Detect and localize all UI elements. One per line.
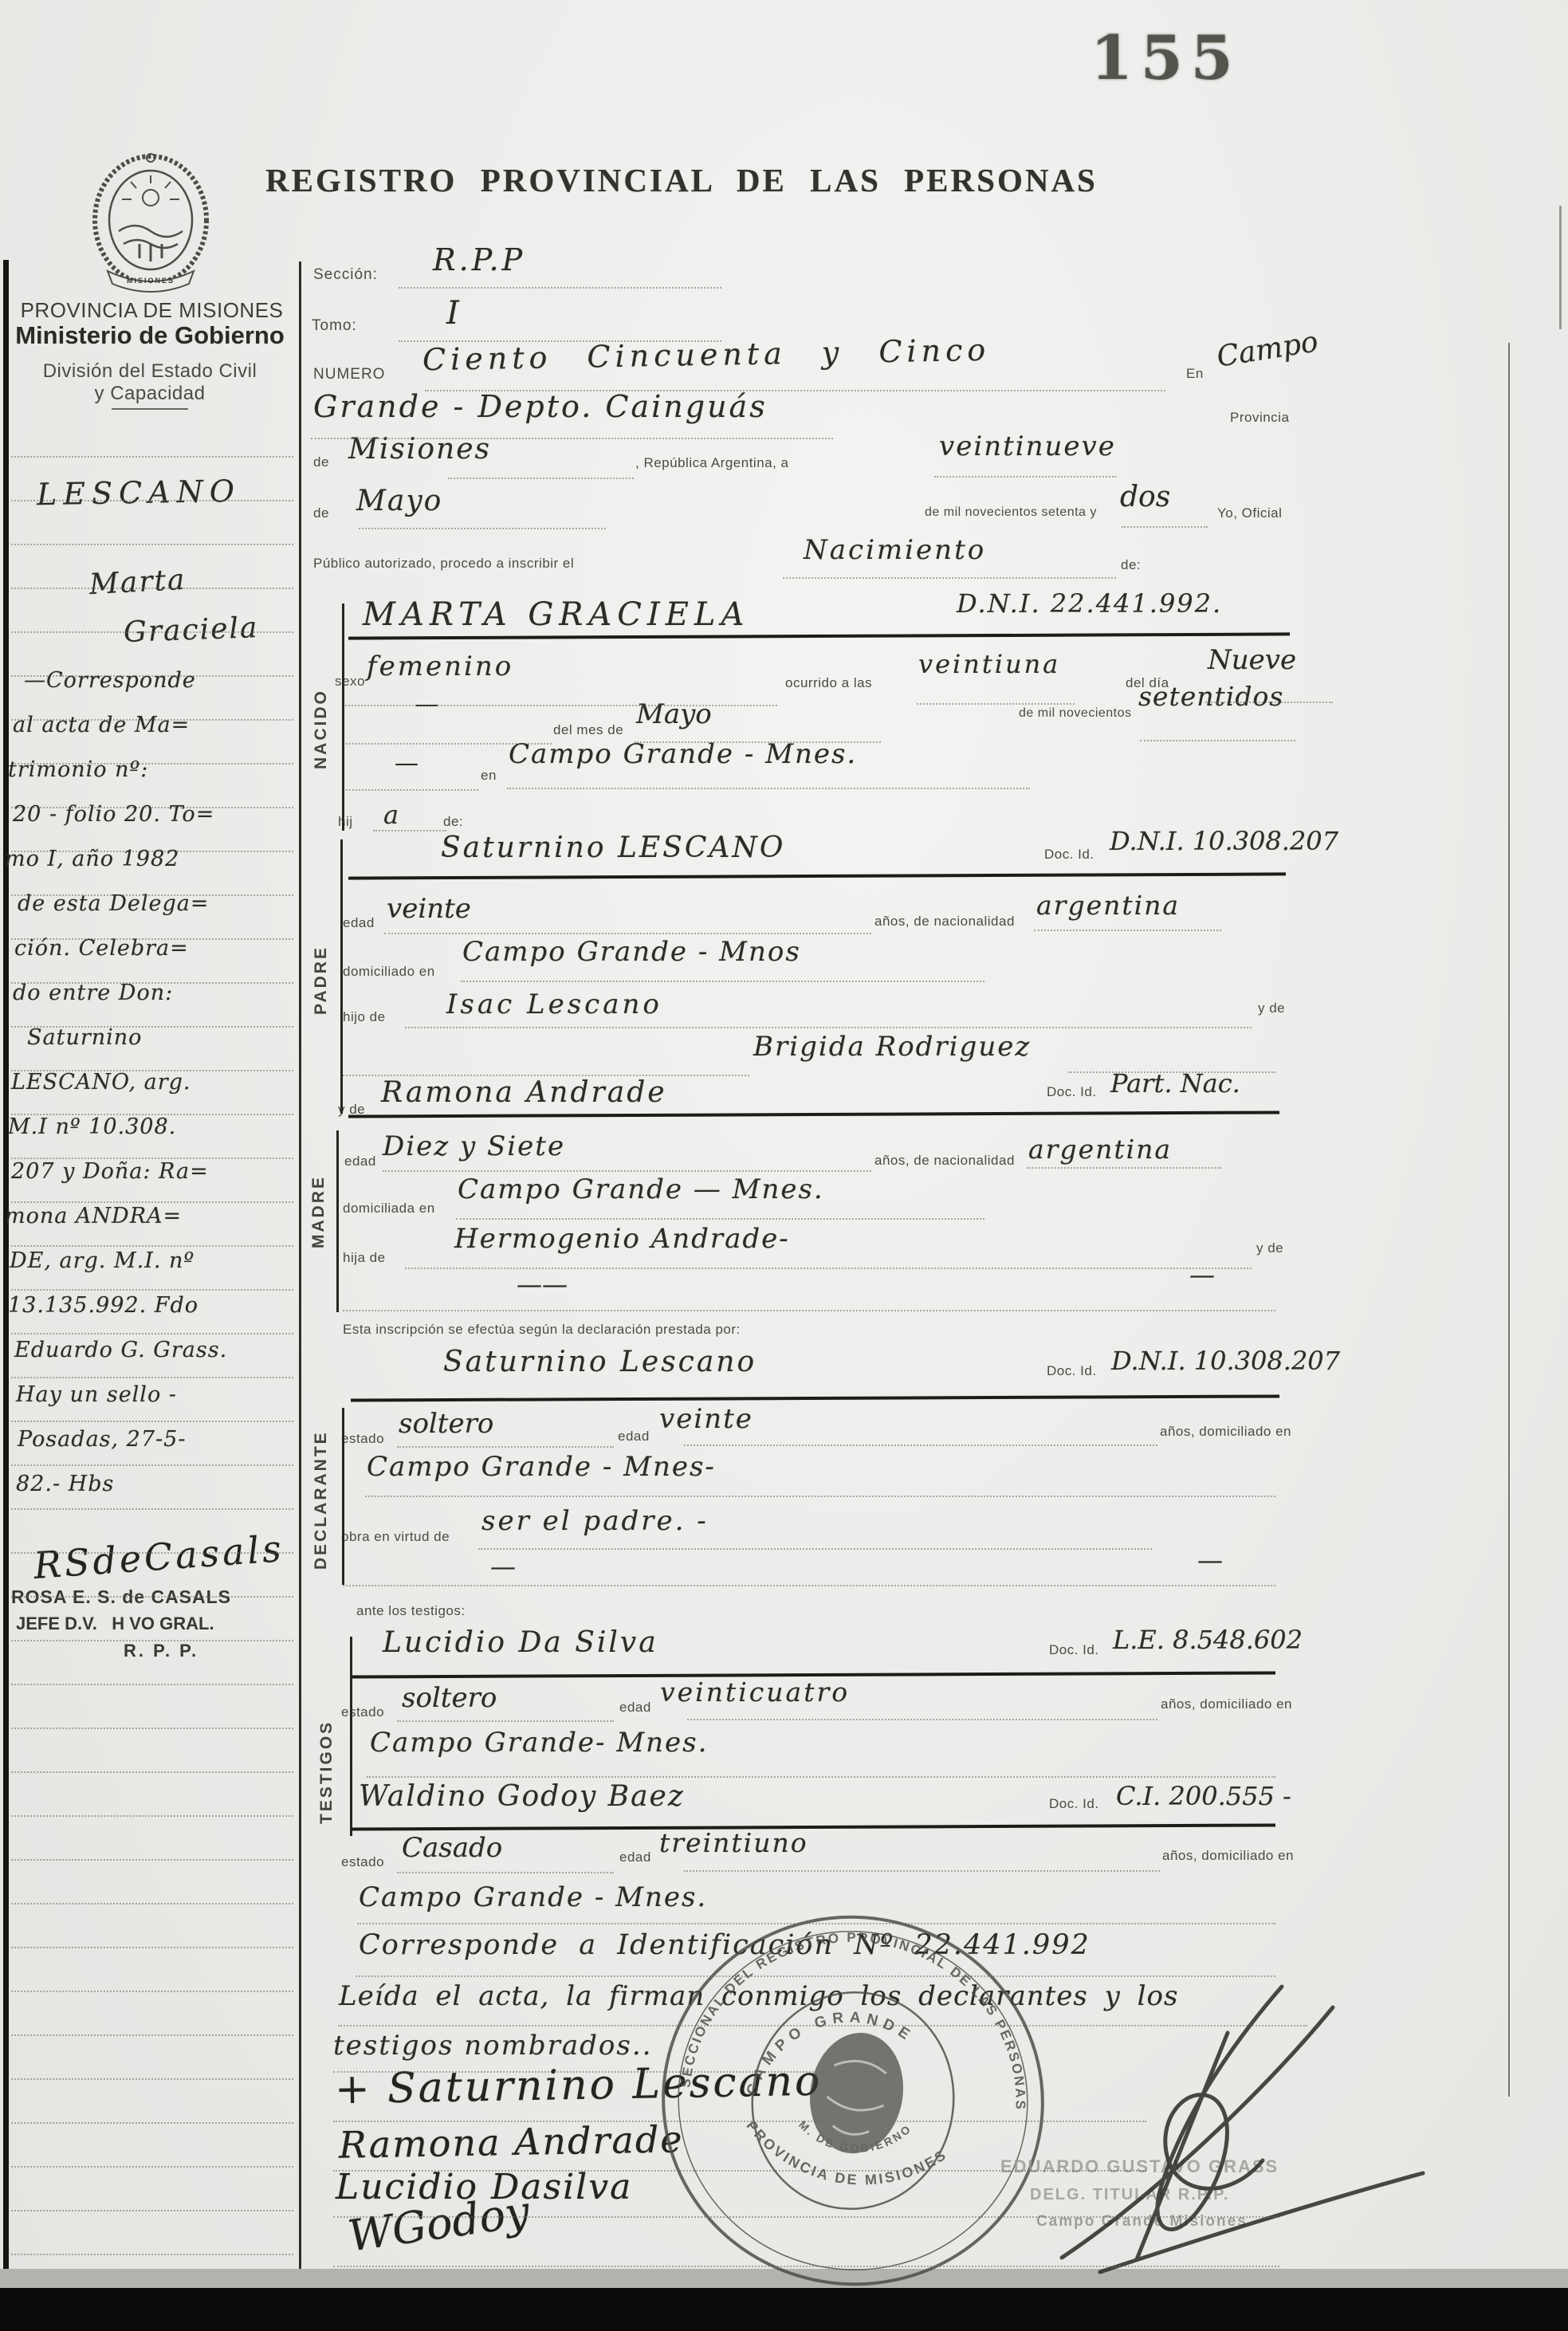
dash-mark: — <box>490 1551 516 1582</box>
dash-mark: — <box>1189 1260 1215 1290</box>
scanned-birth-certificate: 155 REGISTRO PROVINCIAL DE LAS PERSONAS … <box>0 0 1568 2331</box>
sidebar-rule <box>11 1333 293 1335</box>
section-label-testigos: TESTIGOS <box>317 1682 336 1861</box>
sidebar-rule <box>11 588 293 589</box>
form-rule <box>1068 1071 1275 1073</box>
margin-note-line: Saturnino <box>27 1025 142 1050</box>
padre-edad-label: edad <box>343 915 375 931</box>
declarante-intro: Esta inscripción se efectúa según la dec… <box>343 1322 741 1338</box>
sidebar-rule <box>11 1245 293 1247</box>
form-rule <box>343 1075 749 1076</box>
margin-note-line: Hay un sello - <box>16 1382 177 1407</box>
declarante-dom-value: Campo Grande - Mnes- <box>367 1451 716 1483</box>
margin-note-line: DE, arg. M.I. nº <box>10 1248 195 1273</box>
form-rule <box>338 2025 1307 2026</box>
nacido-en-label: en <box>481 768 497 784</box>
section-vertical-rule <box>342 603 344 831</box>
madre-nacionalidad-value: argentina <box>1028 1134 1172 1165</box>
official-signature <box>988 1937 1451 2292</box>
doc-id-label: Doc. Id. <box>1047 1363 1097 1379</box>
sexo-label: sexo <box>335 674 365 690</box>
form-rule <box>311 438 833 439</box>
sexo-value: femenino <box>367 651 513 682</box>
testigo1-name: Lucidio Da Silva <box>383 1626 658 1659</box>
form-rule <box>934 476 1116 478</box>
form-rule <box>343 705 777 706</box>
margin-note-line: Eduardo G. Grass. <box>14 1338 227 1362</box>
page-title: REGISTRO PROVINCIAL DE LAS PERSONAS <box>265 161 1063 199</box>
padre-dom-label: domiciliado en <box>343 964 435 980</box>
emblem-ribbon-text: MISIONES <box>127 277 175 285</box>
obra-value: ser el padre. - <box>481 1505 709 1537</box>
section-label-padre: PADRE <box>312 917 331 1044</box>
testigo1-estado-label: estado <box>341 1704 384 1720</box>
nacido-dia-value: Nueve <box>1208 644 1296 676</box>
sidebar-ministry: Ministerio de Gobierno <box>6 321 293 350</box>
form-rule <box>343 1310 1275 1311</box>
coat-of-arms-icon: MISIONES <box>84 151 218 295</box>
en-value: Campo <box>1215 325 1321 373</box>
section-vertical-rule <box>340 839 343 1114</box>
sidebar-rule <box>11 1464 293 1466</box>
testigo1-dom-label: años, domiciliado en <box>1161 1696 1292 1712</box>
form-rule <box>399 340 721 342</box>
sidebar-rule <box>11 544 293 545</box>
de-label-2: de <box>313 505 329 521</box>
form-rule <box>684 1445 1157 1446</box>
sidebar-divider-rule <box>112 408 188 410</box>
scan-edge-mark <box>1559 206 1562 329</box>
ocurrido-label: ocurrido a las <box>785 675 872 691</box>
hij-label: hij <box>338 814 353 830</box>
padre-y-de-label: y de <box>1258 1000 1285 1016</box>
section-separator <box>348 1110 1279 1118</box>
margin-note-line: mo I, año 1982 <box>5 847 179 871</box>
form-rule <box>917 703 1075 705</box>
form-rule <box>384 933 871 934</box>
sidebar-rule <box>11 1596 293 1598</box>
sidebar-rule <box>11 456 293 458</box>
form-rule <box>1140 740 1295 741</box>
form-rule <box>507 788 1030 789</box>
declarante-doc-value: D.N.I. 10.308.207 <box>1111 1346 1340 1376</box>
form-rule <box>461 981 984 982</box>
sidebar-rule <box>11 1552 293 1554</box>
de-label-3: de: <box>1121 557 1141 573</box>
margin-surname: LESCANO <box>37 474 242 512</box>
section-vertical-rule <box>336 1130 339 1312</box>
sidebar-rule <box>11 1377 293 1378</box>
sidebar-rule <box>11 2166 293 2168</box>
seccion-value: R.P.P <box>433 242 525 277</box>
section-vertical-rule <box>350 1637 352 1836</box>
nacido-padre-doc: D.N.I. 10.308.207 <box>1110 826 1338 856</box>
de-label-1: de <box>313 454 329 470</box>
testigo2-doc: C.I. 200.555 - <box>1116 1781 1291 1811</box>
sidebar-rule <box>11 2254 293 2255</box>
testigo1-estado-value: soltero <box>402 1682 497 1714</box>
margin-note-line: 82.- Hbs <box>16 1472 114 1496</box>
madre-dom-label: domiciliada en <box>343 1201 435 1217</box>
testigo1-edad-label: edad <box>619 1700 651 1716</box>
numero-value-line2: Grande - Depto. Cainguás <box>313 389 768 424</box>
section-label-madre: MADRE <box>309 1148 328 1276</box>
madre-abuelo-value: Hermogenio Andrade- <box>454 1223 790 1255</box>
hija-de-label: hija de <box>343 1250 386 1266</box>
testigo2-estado-value: Casado <box>402 1832 502 1864</box>
form-rule <box>448 478 634 479</box>
form-rule <box>399 287 721 289</box>
form-rule <box>343 1585 1275 1586</box>
margin-note-line: al acta de Ma= <box>13 713 190 737</box>
margin-note-line: LESCANO, arg. <box>11 1070 191 1095</box>
doc-id-label: Doc. Id. <box>1049 1796 1099 1812</box>
doc-id-label: Doc. Id. <box>1047 1084 1097 1100</box>
declarante-edad-label: edad <box>618 1429 650 1445</box>
testigo2-dom-label: años, domiciliado en <box>1162 1848 1294 1864</box>
form-rule <box>783 577 1116 579</box>
margin-note-line: de esta Delega= <box>18 891 209 916</box>
provincia-label: Provincia <box>1230 410 1289 426</box>
margin-note-line: 13.135.992. Fdo <box>8 1293 198 1318</box>
section-vertical-rule <box>342 1408 344 1585</box>
sidebar-rule <box>11 1947 293 1948</box>
mes-label: del mes de <box>553 722 623 738</box>
en-label: En <box>1186 366 1204 382</box>
madre-edad-value: Diez y Siete <box>383 1130 565 1162</box>
sidebar-rule <box>11 1201 293 1203</box>
sidebar-rule <box>11 1815 293 1817</box>
numero-label: NUMERO <box>313 366 385 383</box>
hij-de-label: de: <box>443 814 463 830</box>
numero-value: Ciento Cincuenta y Cinco <box>422 332 991 377</box>
hijo-de-label: hijo de <box>343 1009 386 1025</box>
siglo-label: de mil novecientos <box>1019 706 1132 721</box>
form-rule <box>357 1923 1275 1924</box>
nacido-anio-value: setentidos <box>1138 681 1283 712</box>
margin-note-line: 20 - folio 20. To= <box>13 802 214 827</box>
margin-given-name-1: Marta <box>88 564 187 601</box>
yo-oficial-label: Yo, Oficial <box>1217 505 1282 521</box>
declarante-dom-label: años, domiciliado en <box>1160 1424 1291 1440</box>
testigo1-edad-value: veinticuatro <box>660 1677 850 1708</box>
coat-of-arms: MISIONES <box>84 151 218 299</box>
form-rule <box>1034 930 1221 931</box>
sidebar-division-2: y Capacidad <box>10 383 290 405</box>
sidebar-rule <box>11 1640 293 1641</box>
sidebar-rule <box>11 2034 293 2036</box>
form-rule <box>397 1720 614 1722</box>
declarante-edad-value: veinte <box>659 1403 753 1435</box>
dash-mark: — <box>1197 1545 1223 1575</box>
sidebar-province: PROVINCIA DE MISIONES <box>14 298 289 323</box>
sidebar-rule <box>11 1508 293 1510</box>
margin-note-line: ción. Celebra= <box>14 936 189 961</box>
nacido-name: MARTA GRACIELA <box>363 596 749 633</box>
form-rule <box>1122 526 1208 528</box>
sidebar-form-divider <box>299 261 301 2302</box>
form-rule <box>356 1975 1275 1977</box>
padre-nacionalidad-value: argentina <box>1036 890 1180 921</box>
sidebar-rule <box>11 2078 293 2080</box>
testigo1-dom-value: Campo Grande- Mnes. <box>370 1727 708 1759</box>
nacido-mes-value: Mayo <box>636 698 712 730</box>
sidebar-rule <box>11 1859 293 1861</box>
padre-abuela-value: Brigida Rodriguez <box>753 1031 1031 1063</box>
form-rule <box>333 2121 1146 2122</box>
doc-id-label: Doc. Id. <box>1044 847 1094 863</box>
testigo2-name: Waldino Godoy Baez <box>359 1780 685 1813</box>
hij-value: a <box>383 800 399 830</box>
form-rule <box>478 1548 1152 1550</box>
section-label-declarante: DECLARANTE <box>312 1405 331 1596</box>
form-rule <box>684 1870 1160 1872</box>
testigo2-edad-label: edad <box>619 1849 651 1865</box>
padre-abuelo-value: Isac Lescano <box>446 989 662 1020</box>
padre-nacionalidad-label: años, de nacionalidad <box>874 914 1015 930</box>
testigo2-estado-label: estado <box>341 1854 384 1870</box>
form-rule <box>405 1027 1252 1028</box>
section-separator <box>351 1394 1279 1401</box>
declarante-name: Saturnino Lescano <box>443 1346 756 1378</box>
form-rule <box>456 1218 984 1220</box>
signature-madre: Ramona Andrade <box>339 2117 684 2167</box>
form-rule <box>425 390 1165 391</box>
mes-value: Mayo <box>356 485 442 517</box>
form-rule <box>333 2266 1279 2267</box>
sidebar-rule <box>11 500 293 501</box>
leida-line2: testigos nombrados.. <box>333 2030 652 2062</box>
form-rule <box>687 1719 1157 1720</box>
section-separator <box>348 872 1286 879</box>
sidebar-rule <box>11 1771 293 1773</box>
margin-note-line: trimonio nº: <box>8 757 148 782</box>
margin-note-line: —Corresponde <box>24 668 196 693</box>
nacido-dni: D.N.I. 22.441.992. <box>957 588 1222 619</box>
nacido-padre-name: Saturnino LESCANO <box>441 831 785 864</box>
madre-dom-value: Campo Grande — Mnes. <box>458 1173 824 1205</box>
margin-given-name-2: Graciela <box>123 611 259 649</box>
declarante-estado-value: soltero <box>399 1408 493 1440</box>
hora-value: veintiuna <box>918 649 1060 679</box>
sidebar-rule <box>11 2122 293 2124</box>
testigo2-edad-value: treintiuno <box>659 1827 808 1858</box>
sidebar-rule <box>11 1684 293 1685</box>
form-rule <box>635 741 881 743</box>
madre-name: Ramona Andrade <box>381 1076 667 1109</box>
obra-label: obra en virtud de <box>341 1529 450 1545</box>
doc-id-label: Doc. Id. <box>1049 1642 1099 1658</box>
margin-note-line: M.I nº 10.308. <box>8 1114 176 1139</box>
madre-edad-label: edad <box>344 1154 376 1169</box>
sidebar-rule <box>11 1421 293 1422</box>
page-number: 155 <box>1091 22 1241 93</box>
casals-signature: RSdeCasals <box>32 1527 285 1587</box>
lugar-value: Campo Grande - Mnes. <box>509 738 857 770</box>
padre-edad-value: veinte <box>387 893 471 925</box>
sidebar-rule <box>11 1728 293 1729</box>
form-rule <box>333 2170 1146 2172</box>
official-signature-icon <box>988 1937 1451 2288</box>
anio-value: dos <box>1120 481 1170 513</box>
dash-mark: —— <box>517 1269 568 1299</box>
madre-nacionalidad-label: años, de nacionalidad <box>874 1153 1015 1169</box>
form-rule <box>405 1268 1252 1269</box>
section-label-nacido: NACIDO <box>312 662 331 797</box>
form-rule <box>359 528 606 529</box>
dia-value: veintinueve <box>939 430 1116 462</box>
form-rule <box>365 1496 1275 1497</box>
form-rule <box>1205 702 1333 703</box>
form-rule <box>333 2216 1279 2218</box>
tomo-value: I <box>446 295 459 332</box>
form-rule <box>397 1872 614 1873</box>
seccion-label: Sección: <box>313 266 378 284</box>
casals-stamp-line3: R. P. P. <box>124 1641 198 1661</box>
form-rule <box>343 789 478 791</box>
testigos-intro: ante los testigos: <box>356 1603 466 1619</box>
margin-note-line: Posadas, 27-5- <box>18 1427 186 1452</box>
tomo-label: Tomo: <box>312 317 357 335</box>
sidebar-division-1: División del Estado Civil <box>10 360 290 383</box>
margin-note-line: 207 y Doña: Ra= <box>11 1159 209 1184</box>
anio-label: de mil novecientos setenta y <box>925 505 1097 520</box>
margin-note-line: do entre Don: <box>13 981 173 1005</box>
publico-label: Público autorizado, procedo a inscribir … <box>313 556 574 572</box>
form-rule <box>397 1446 614 1448</box>
section-separator <box>351 1823 1275 1830</box>
section-separator <box>348 632 1290 639</box>
form-rule <box>373 830 446 831</box>
form-rule <box>1027 1167 1221 1169</box>
casals-stamp-line2: JEFE D.V. H VO GRAL. <box>16 1614 335 1634</box>
form-right-border <box>1508 343 1510 2097</box>
sidebar-rule <box>11 1289 293 1291</box>
form-rule <box>343 743 552 745</box>
margin-note-line: mona ANDRA= <box>5 1204 182 1228</box>
sidebar-rule <box>11 2210 293 2211</box>
testigo1-doc: L.E. 8.548.602 <box>1113 1625 1303 1655</box>
sidebar-rule <box>11 1903 293 1905</box>
madre-y-de2-label: y de <box>1256 1240 1283 1256</box>
acto-value: Nacimiento <box>804 534 986 566</box>
form-rule <box>333 2071 881 2073</box>
padre-dom-value: Campo Grande - Mnos <box>462 936 801 968</box>
declarante-estado-label: estado <box>341 1431 384 1447</box>
dash-mark: — <box>395 749 419 777</box>
form-rule <box>367 1776 1275 1778</box>
form-rule <box>383 1170 871 1172</box>
sidebar-rule <box>11 1991 293 1992</box>
sidebar-rule <box>11 631 293 633</box>
republica-label: , República Argentina, a <box>635 455 789 471</box>
